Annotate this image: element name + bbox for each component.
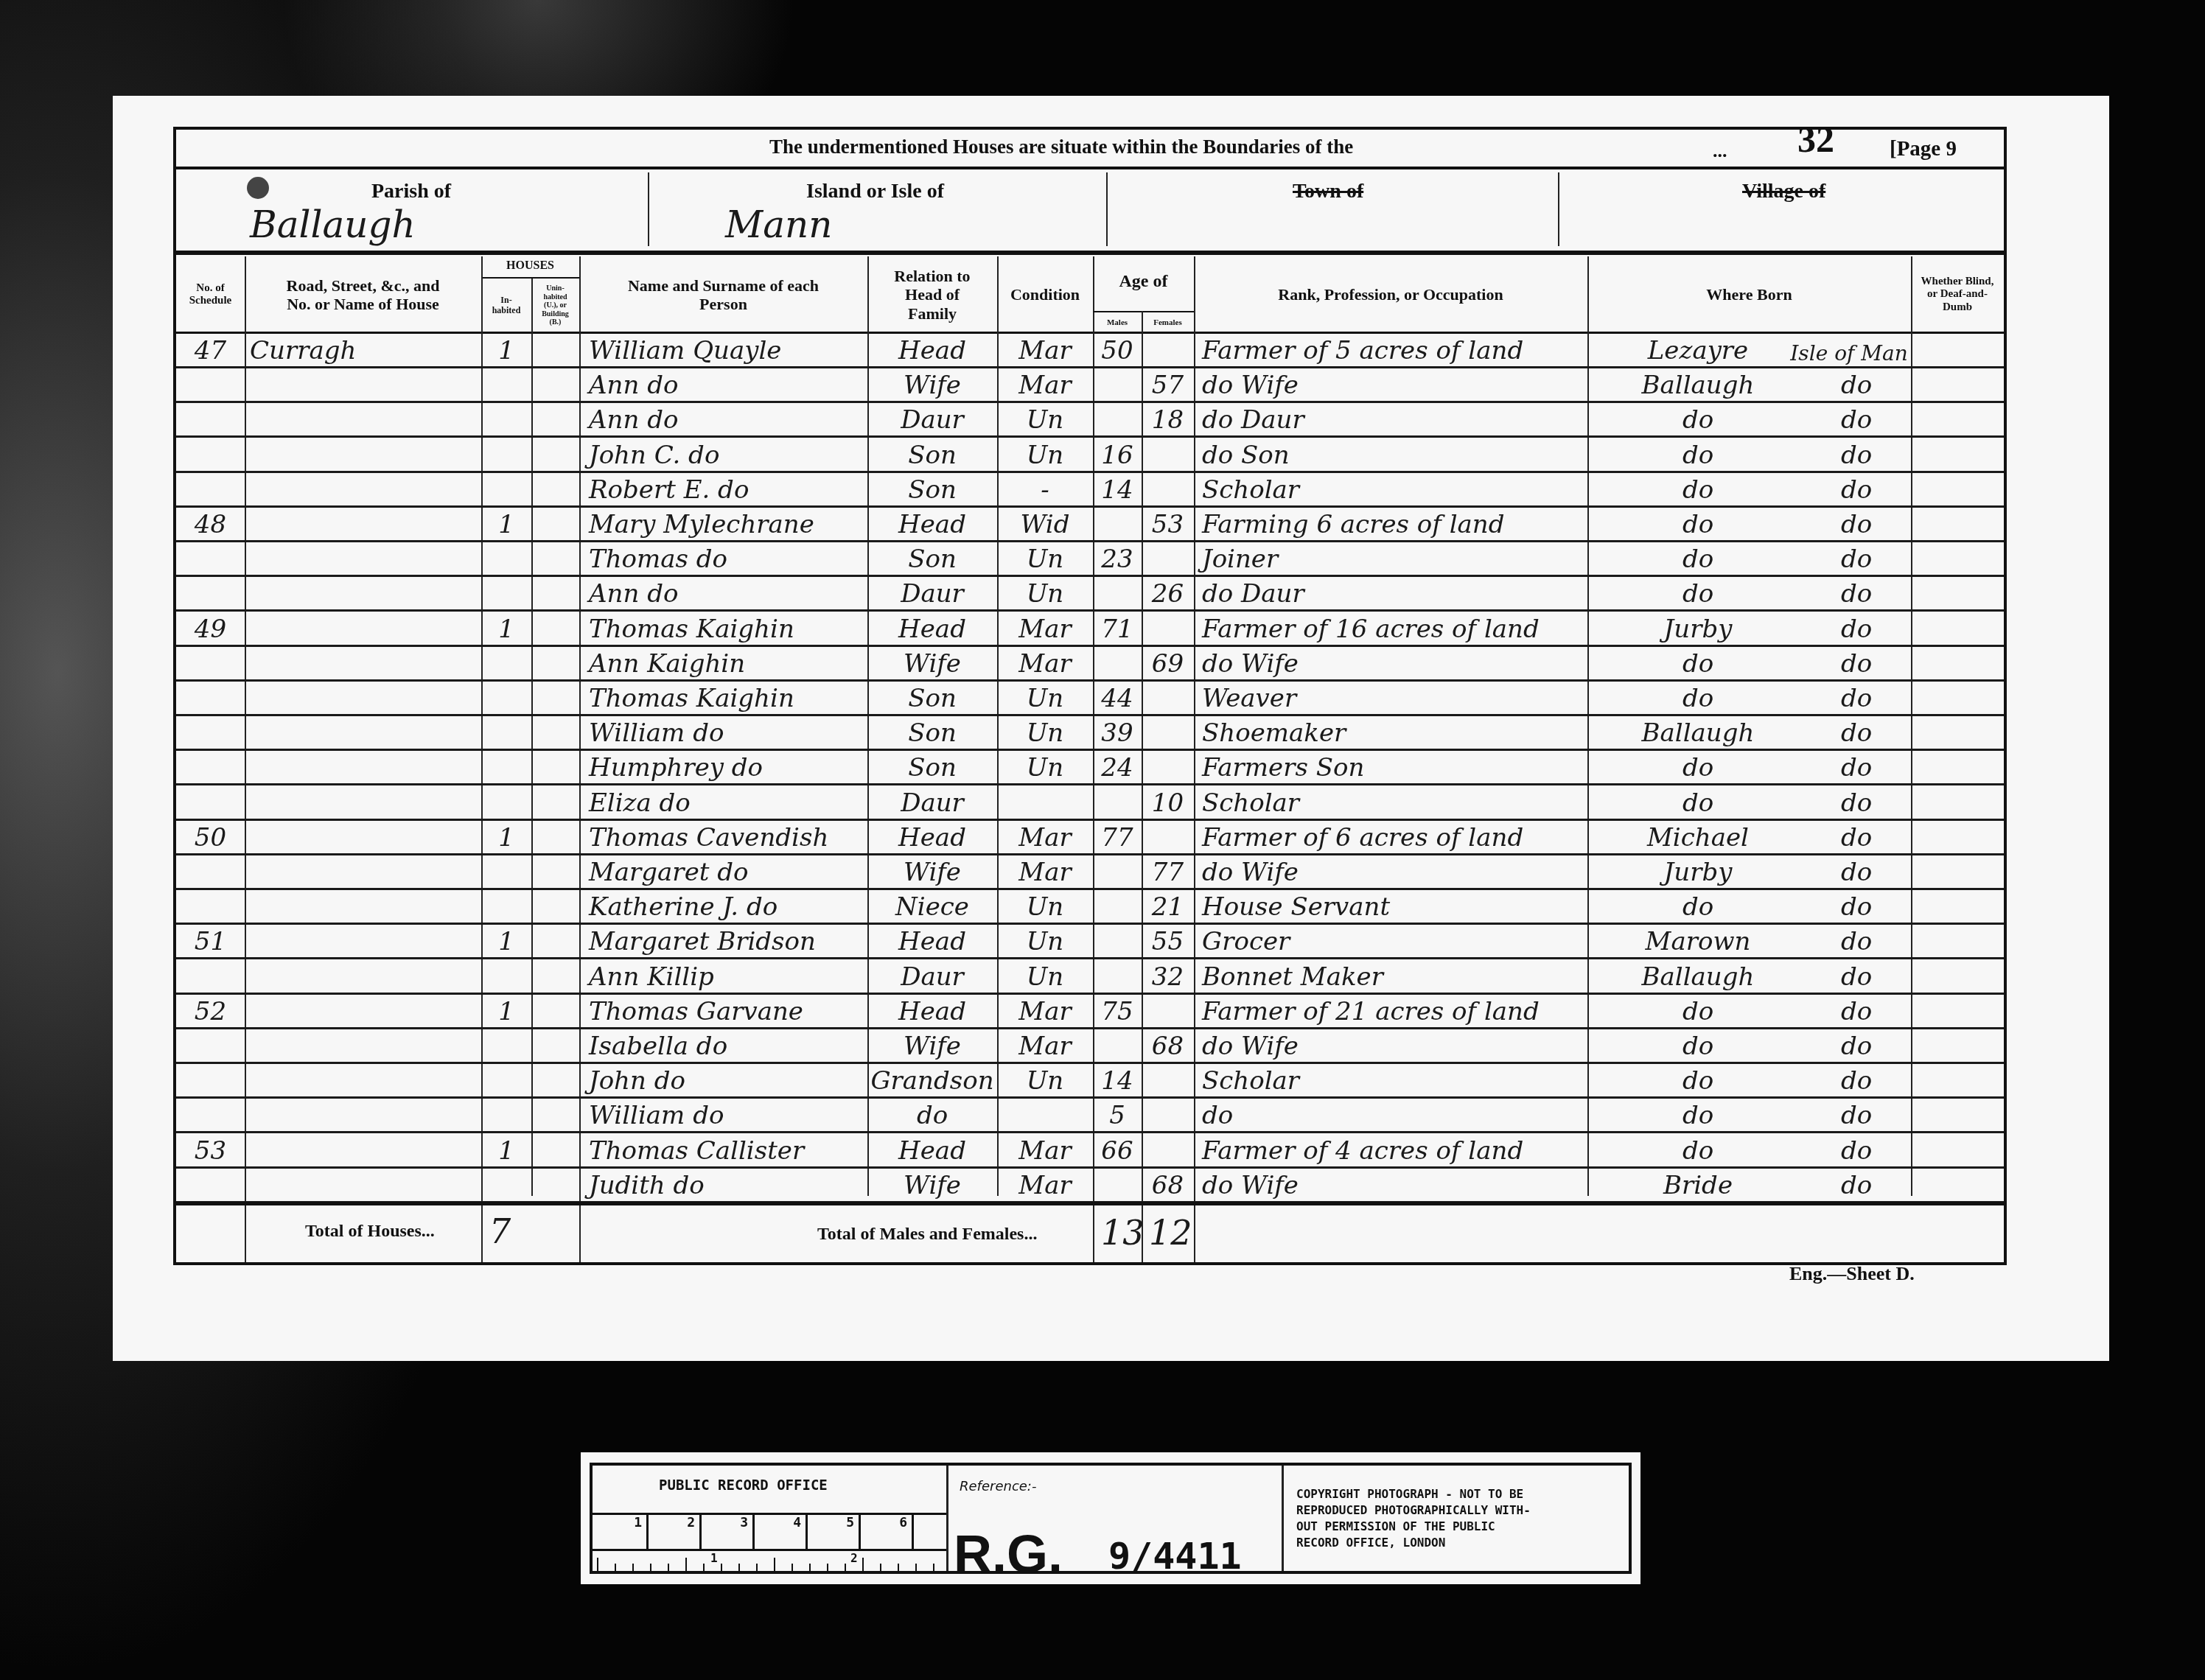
cell-occupation: House Servant [1202,890,1587,925]
cell-road [250,821,481,855]
cell-female-age: 68 [1142,1169,1194,1203]
town-label: Town of [1293,180,1363,203]
cell-male-age [1093,1029,1142,1064]
cell-relation: Daur [867,403,997,438]
cell-road [250,577,481,612]
cell-inhabited [481,438,531,473]
col-road: Road, Street, &c., and No. or Name of Ho… [245,256,481,333]
cell-schedule [176,751,245,785]
cell-schedule [176,577,245,612]
scale-tick [915,1564,917,1574]
cell-inhabited [481,1064,531,1099]
cell-born-parish: Bride [1587,1169,1809,1203]
col-inhabited: In-habited [481,279,531,333]
table-row: John C. doSonUn16do Sondodo [176,438,2004,473]
table-row: Isabella doWifeMar68do Wifedodo [176,1029,2004,1064]
cell-name: Ann Kaighin [589,647,867,682]
cell-relation: Son [867,751,997,785]
cell-name: Thomas do [589,542,867,577]
scale-tick [668,1564,669,1574]
cell-road [250,647,481,682]
cell-schedule: 49 [176,612,245,647]
cell-name: Ann do [589,403,867,438]
col-uninhabited: Unin-habited (U.), or Building (B.) [531,279,579,333]
cell-male-age: 75 [1093,995,1142,1029]
cell-occupation: Scholar [1202,786,1587,821]
cell-inhabited [481,890,531,925]
copyright-line: REPRODUCED PHOTOGRAPHICALLY WITH- [1296,1502,1531,1519]
cell-condition [997,1099,1093,1133]
cell-name: Margaret Bridson [589,925,867,959]
cell-road [250,855,481,890]
cell-inhabited: 1 [481,821,531,855]
cell-born-county: do [1797,1029,1915,1064]
cell-occupation: do Wife [1202,1169,1587,1203]
reference-label: Reference:- [960,1479,1036,1494]
series-code: R.G. [954,1525,1063,1585]
cell-born-county: do [1797,438,1915,473]
cell-relation: Daur [867,577,997,612]
scale-tick [738,1564,740,1574]
cell-schedule: 53 [176,1134,245,1169]
scale-mark: 2 [850,1551,858,1565]
cell-road [250,1064,481,1099]
col-occupation: Rank, Profession, or Occupation [1194,256,1587,333]
header-divider [176,167,2004,169]
cell-female-age [1142,716,1194,751]
cell-inhabited [481,473,531,508]
cell-male-age [1093,403,1142,438]
cell-occupation: Farmers Son [1202,751,1587,785]
cell-female-age: 10 [1142,786,1194,821]
cell-male-age: 14 [1093,473,1142,508]
cell-male-age [1093,647,1142,682]
scale-tick [650,1564,651,1574]
total-females: 12 [1149,1213,1192,1253]
cell-born-county: do [1797,403,1915,438]
cell-road [250,960,481,995]
cell-occupation: do [1202,1099,1587,1133]
cell-occupation: do Wife [1202,855,1587,890]
cell-female-age: 32 [1142,960,1194,995]
cell-male-age: 14 [1093,1064,1142,1099]
cell-name: Robert E. do [589,473,867,508]
cell-schedule: 51 [176,925,245,959]
col-condition: Condition [997,256,1093,333]
cell-occupation: Scholar [1202,1064,1587,1099]
cell-inhabited [481,682,531,716]
table-row: Humphrey doSonUn24Farmers Sondodo [176,751,2004,785]
cell-road [250,473,481,508]
island-label: Island or Isle of [806,180,944,203]
cell-schedule [176,682,245,716]
page-label: [Page 9 [1890,137,1957,161]
cell-name: William Quayle [589,334,867,368]
col-age: Age of [1093,256,1194,308]
cell-relation: Head [867,995,997,1029]
cell-condition: Un [997,438,1093,473]
cell-road [250,890,481,925]
cell-born-parish: do [1587,1099,1809,1133]
cell-road [250,368,481,403]
total-males: 13 [1101,1213,1145,1253]
scale-mark: 2 [650,1515,702,1549]
scale-tick [774,1558,775,1574]
folio-dots: ... [1713,140,1727,162]
cell-name: Humphrey do [589,751,867,785]
scale-mark: 6 [862,1515,914,1549]
table-row: Ann doDaurUn26do Daurdodo [176,577,2004,612]
cell-name: Mary Mylechrane [589,508,867,542]
cell-inhabited [481,960,531,995]
cell-male-age: 39 [1093,716,1142,751]
cell-occupation: do Daur [1202,403,1587,438]
divider [1558,172,1559,246]
cell-born-parish: do [1587,473,1809,508]
cell-relation: Wife [867,855,997,890]
island-value: Mann [725,203,832,246]
cell-born-parish: Ballaugh [1587,960,1809,995]
parish-label: Parish of [371,180,451,203]
cell-name: Thomas Kaighin [589,682,867,716]
scale-tick [880,1564,881,1574]
cell-inhabited [481,403,531,438]
col-males: Males [1093,312,1142,333]
cell-born-parish: do [1587,438,1809,473]
cell-occupation: Weaver [1202,682,1587,716]
cell-road [250,612,481,647]
cell-born-county: do [1797,612,1915,647]
cell-inhabited: 1 [481,612,531,647]
scale-tick [703,1564,705,1574]
col-houses: HOUSES [481,256,579,276]
cell-born-county: do [1797,821,1915,855]
cell-relation: Son [867,438,997,473]
col-name: Name and Surname of each Person [579,256,867,333]
cell-road [250,1134,481,1169]
cell-occupation: Grocer [1202,925,1587,959]
cell-born-parish: do [1587,577,1809,612]
cell-inhabited: 1 [481,508,531,542]
cell-born-parish: do [1587,542,1809,577]
col-schedule: No. of Schedule [176,256,245,333]
cell-female-age [1142,438,1194,473]
cell-born-parish: do [1587,682,1809,716]
scale-mark: 5 [809,1515,861,1549]
total-persons-label: Total of Males and Females... [817,1225,1037,1245]
cell-condition: Un [997,577,1093,612]
table-row: Judith doWifeMar68do WifeBridedo [176,1169,2004,1203]
scale-tick [933,1564,934,1574]
cell-relation: Head [867,925,997,959]
cell-male-age [1093,508,1142,542]
table-row: 501Thomas CavendishHeadMar77Farmer of 6 … [176,821,2004,855]
cell-inhabited [481,855,531,890]
cell-relation: Niece [867,890,997,925]
cell-born-parish: Michael [1587,821,1809,855]
cell-male-age: 71 [1093,612,1142,647]
cell-female-age: 53 [1142,508,1194,542]
cell-condition: Mar [997,647,1093,682]
cell-born-county: do [1797,473,1915,508]
census-table: The undermentioned Houses are situate wi… [173,127,2007,1265]
cell-schedule [176,368,245,403]
cell-born-county: do [1797,716,1915,751]
cell-condition: Mar [997,1134,1093,1169]
cell-inhabited [481,647,531,682]
cell-schedule [176,438,245,473]
village-label: Village of [1742,180,1825,203]
cell-female-age: 77 [1142,855,1194,890]
cell-born-parish: do [1587,786,1809,821]
cell-born-parish: do [1587,751,1809,785]
cell-born-parish: Marown [1587,925,1809,959]
cell-relation: Daur [867,786,997,821]
cell-condition: Mar [997,821,1093,855]
table-row: Robert E. doSon-14Scholardodo [176,473,2004,508]
cell-name: Judith do [589,1169,867,1203]
cell-name: Thomas Callister [589,1134,867,1169]
cell-male-age [1093,960,1142,995]
sheet-label: Eng.—Sheet D. [1789,1263,1915,1285]
cell-female-age [1142,542,1194,577]
cell-female-age [1142,473,1194,508]
table-row: Eliza doDaur10Scholardodo [176,786,2004,821]
cell-schedule [176,1029,245,1064]
cell-schedule [176,403,245,438]
cell-born-county: do [1797,577,1915,612]
cell-condition: Un [997,682,1093,716]
cell-schedule: 50 [176,821,245,855]
cell-occupation: Shoemaker [1202,716,1587,751]
cell-schedule [176,786,245,821]
parish-value: Ballaugh [250,203,416,246]
cell-inhabited [481,786,531,821]
cell-male-age: 24 [1093,751,1142,785]
cell-name: Margaret do [589,855,867,890]
table-row: 531Thomas CallisterHeadMar66Farmer of 4 … [176,1134,2004,1169]
cell-inhabited [481,751,531,785]
cell-road [250,438,481,473]
cell-relation: Son [867,542,997,577]
cell-female-age [1142,1134,1194,1169]
cell-male-age [1093,855,1142,890]
col-females: Females [1142,312,1194,333]
cell-born-parish: Ballaugh [1587,368,1809,403]
scale-tick [862,1558,864,1574]
folio-number: 32 [1797,118,1834,161]
cell-born-county: do [1797,751,1915,785]
cell-schedule [176,542,245,577]
cell-condition: Un [997,1064,1093,1099]
cell-road [250,716,481,751]
cell-inhabited [481,1169,531,1203]
cell-schedule [176,890,245,925]
table-row: Margaret doWifeMar77do WifeJurbydo [176,855,2004,890]
cell-male-age: 16 [1093,438,1142,473]
cell-female-age [1142,682,1194,716]
table-row: 511Margaret BridsonHeadUn55GrocerMarownd… [176,925,2004,959]
cell-born-parish: do [1587,1134,1809,1169]
piece-number: 9/4411 [1108,1535,1242,1578]
cell-relation: Head [867,508,997,542]
cell-female-age: 69 [1142,647,1194,682]
cell-schedule [176,1169,245,1203]
cell-occupation: do Wife [1202,647,1587,682]
cell-relation: Head [867,334,997,368]
scale-tick [756,1564,758,1574]
cell-occupation: Farmer of 5 acres of land [1202,334,1587,368]
cell-condition: Un [997,890,1093,925]
cell-schedule [176,1099,245,1133]
table-row: Ann doDaurUn18do Daurdodo [176,403,2004,438]
cell-relation: Wife [867,647,997,682]
cell-condition: Un [997,925,1093,959]
header-title: The undermentioned Houses are situate wi… [769,136,1353,158]
cell-relation: Head [867,821,997,855]
cell-born-county: do [1797,925,1915,959]
cell-occupation: Joiner [1202,542,1587,577]
cell-relation: Daur [867,960,997,995]
cell-born-parish: do [1587,1029,1809,1064]
cell-name: Thomas Garvane [589,995,867,1029]
scale-tick [898,1564,899,1574]
cell-road [250,786,481,821]
cell-born-parish: do [1587,647,1809,682]
cell-schedule: 48 [176,508,245,542]
cell-road [250,1169,481,1203]
cell-relation: Head [867,612,997,647]
scale-mark: 1 [710,1551,718,1565]
scale-tick [845,1564,846,1574]
cell-name: Isabella do [589,1029,867,1064]
cell-male-age: 23 [1093,542,1142,577]
scale-tick [827,1564,828,1574]
cell-born-parish: Jurby [1587,855,1809,890]
card-divider [1282,1466,1284,1571]
cell-schedule: 47 [176,334,245,368]
cell-road [250,403,481,438]
cell-born-county: do [1797,682,1915,716]
cell-relation: Wife [867,368,997,403]
cell-female-age [1142,821,1194,855]
cell-condition: Un [997,751,1093,785]
cell-condition: - [997,473,1093,508]
cell-condition: Mar [997,334,1093,368]
scale-tick [809,1564,811,1574]
cell-name: Eliza do [589,786,867,821]
cell-born-county: do [1797,855,1915,890]
cell-born-county: Isle of Man [1739,334,1960,368]
cell-born-county: do [1797,647,1915,682]
cell-relation: Son [867,473,997,508]
cell-condition: Mar [997,995,1093,1029]
cell-female-age [1142,334,1194,368]
cell-relation: Son [867,716,997,751]
cell-relation: Wife [867,1169,997,1203]
scale-mark: 3 [703,1515,755,1549]
scale-mark: 4 [756,1515,808,1549]
table-row: John doGrandsonUn14Scholardodo [176,1064,2004,1099]
totals-divider [176,1202,2004,1205]
cell-condition: Un [997,960,1093,995]
cell-road: Curragh [250,334,481,368]
scale-tick [685,1558,687,1574]
cell-road [250,1099,481,1133]
cell-born-parish: do [1587,995,1809,1029]
table-row: 47Curragh1William QuayleHeadMar50Farmer … [176,334,2004,368]
cell-female-age: 21 [1142,890,1194,925]
cell-born-parish: Ballaugh [1587,716,1809,751]
cell-road [250,751,481,785]
cell-inhabited [481,1099,531,1133]
cell-born-county: do [1797,890,1915,925]
cell-born-parish: do [1587,890,1809,925]
copyright-line: RECORD OFFICE, LONDON [1296,1535,1531,1551]
cell-male-age [1093,890,1142,925]
cell-relation: Grandson [867,1064,997,1099]
cell-name: Thomas Kaighin [589,612,867,647]
cell-road [250,508,481,542]
cell-relation: Head [867,1134,997,1169]
cell-condition: Mar [997,368,1093,403]
cell-occupation: Farmer of 16 acres of land [1202,612,1587,647]
total-houses-value: 7 [489,1211,511,1251]
copyright-line: COPYRIGHT PHOTOGRAPH - NOT TO BE [1296,1486,1531,1502]
table-row: Katherine J. doNieceUn21House Servantdod… [176,890,2004,925]
divider [648,172,649,246]
cell-born-county: do [1797,1064,1915,1099]
scale-top: 123456 [593,1515,946,1549]
card-divider [946,1466,948,1571]
cell-female-age: 18 [1142,403,1194,438]
boundaries-divider [176,251,2004,255]
age-divider [1093,311,1194,312]
office-label: PUBLIC RECORD OFFICE [659,1477,828,1494]
cell-occupation: Farming 6 acres of land [1202,508,1587,542]
cell-relation: Wife [867,1029,997,1064]
cell-schedule [176,647,245,682]
cell-female-age [1142,612,1194,647]
col-relation: Relation to Head of Family [867,256,997,333]
cell-schedule [176,960,245,995]
cell-condition: Un [997,716,1093,751]
cell-inhabited: 1 [481,1134,531,1169]
cell-schedule [176,1064,245,1099]
cell-name: Katherine J. do [589,890,867,925]
cell-condition: Un [997,542,1093,577]
cell-born-county: do [1797,960,1915,995]
cell-road [250,925,481,959]
cell-female-age: 57 [1142,368,1194,403]
cell-female-age [1142,1099,1194,1133]
cell-born-parish: Jurby [1587,612,1809,647]
cell-female-age [1142,995,1194,1029]
cell-born-parish: do [1587,508,1809,542]
copyright-line: OUT PERMISSION OF THE PUBLIC [1296,1519,1531,1535]
cell-name: Ann Killip [589,960,867,995]
table-row: 521Thomas GarvaneHeadMar75Farmer of 21 a… [176,995,2004,1029]
cell-born-parish: do [1587,1064,1809,1099]
cell-male-age [1093,1169,1142,1203]
cell-inhabited [481,716,531,751]
cell-schedule [176,716,245,751]
cell-male-age: 44 [1093,682,1142,716]
table-row: Thomas KaighinSonUn44Weaverdodo [176,682,2004,716]
table-row: William dodo5dododo [176,1099,2004,1133]
col-blind: Whether Blind, or Deaf-and-Dumb [1911,256,2004,333]
cell-male-age [1093,786,1142,821]
